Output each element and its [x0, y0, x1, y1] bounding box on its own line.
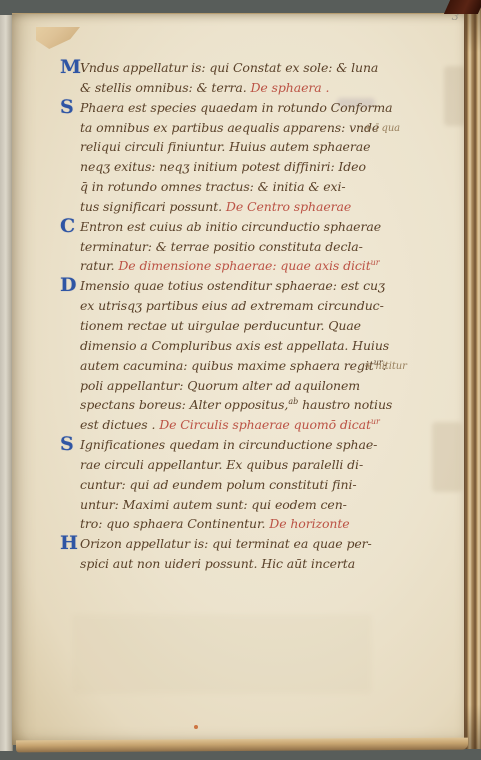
text-line: SIgnificationes quedam in circunductione… — [80, 437, 410, 457]
body-text: poli appellantur: Quorum alter ad aquilo… — [80, 378, 360, 393]
body-text: Ignificationes quedam in circunductione … — [80, 437, 377, 452]
rubric-text: De sphaera . — [250, 80, 329, 95]
rubric-text: De Centro sphaerae — [226, 199, 351, 214]
illuminated-initial: S — [60, 98, 74, 117]
body-text: tionem rectae ut uirgulae perducuntur. Q… — [80, 318, 361, 333]
bottom-page-edges — [16, 738, 468, 753]
text-line: q̄ in rotundo omnes tractus: & initia & … — [80, 179, 410, 199]
page-tear — [36, 27, 80, 49]
illuminated-initial: H — [60, 534, 78, 553]
text-line: dimensio a Compluribus axis est appellat… — [80, 338, 410, 358]
text-line: tus significari possunt. De Centro sphae… — [80, 199, 410, 219]
body-text: dimensio a Compluribus axis est appellat… — [80, 338, 389, 353]
body-text: haustro notius — [298, 398, 392, 413]
stain-dot — [194, 725, 198, 729]
body-text: & stellis omnibus: & terra. — [80, 80, 250, 95]
body-text: spectans boreus: Alter oppositus, — [80, 398, 288, 413]
text-line: autem cacumina: quibus maxime sphaera re… — [80, 358, 410, 378]
text-line: MVndus appellatur is: qui Constat ex sol… — [80, 60, 410, 80]
body-text: Imensio quae totius ostenditur sphaerae:… — [80, 278, 385, 293]
text-line: tro: quo sphaera Continentur. De horizon… — [80, 516, 410, 536]
body-text: ex utrisqʒ partibus eius ad extremam cir… — [80, 298, 384, 313]
text-line: untur: Maximi autem sunt: qui eodem cen- — [80, 497, 410, 517]
body-text: ab — [288, 397, 298, 406]
body-text: untur: Maximi autem sunt: qui eodem cen- — [80, 497, 347, 512]
body-text: est dictues . — [80, 417, 159, 432]
text-line: DImensio quae totius ostenditur sphaerae… — [80, 278, 410, 298]
body-text: tro: quo sphaera Continentur. — [80, 516, 269, 531]
text-line: & stellis omnibus: & terra. De sphaera . — [80, 80, 410, 100]
text-line: poli appellantur: Quorum alter ad aquilo… — [80, 378, 410, 398]
body-text: cuntur: qui ad eundem polum constituti f… — [80, 477, 357, 492]
text-line: CEntron est cuius ab initio circunductio… — [80, 219, 410, 239]
text-line: tionem rectae ut uirgulae perducuntur. Q… — [80, 318, 410, 338]
text-line: ratur. De dimensione sphaerae: quae axis… — [80, 258, 410, 278]
text-line: neqʒ exitus: neqʒ initium potest diffini… — [80, 159, 410, 179]
body-text: rae circuli appellantur. Ex quibus paral… — [80, 457, 363, 472]
illuminated-initial: D — [60, 276, 76, 295]
body-text: terminatur: & terrae positio constituta … — [80, 239, 363, 254]
show-through-smudge — [432, 422, 462, 492]
body-text: Orizon appellatur is: qui terminat ea qu… — [80, 536, 372, 551]
body-text: reliqui circuli finiuntur. Huius autem s… — [80, 139, 370, 154]
text-line: est dictues . De Circulis sphaerae quomō… — [80, 417, 410, 437]
text-line: terminatur: & terrae positio constituta … — [80, 239, 410, 259]
illuminated-initial: M — [60, 58, 81, 77]
text-line: HOrizon appellatur is: qui terminat ea q… — [80, 536, 410, 556]
body-text: ratur. — [80, 259, 118, 274]
body-text: tus significari possunt. — [80, 199, 226, 214]
book-fore-edge — [464, 8, 481, 749]
body-text: Vndus appellatur is: qui Constat ex sole… — [80, 60, 378, 75]
illuminated-initial: C — [60, 217, 75, 236]
text-line: spectans boreus: Alter oppositus,ab haus… — [80, 397, 410, 417]
rubric-text: De Circulis sphaerae quomō dicat — [159, 417, 371, 432]
text-line: rae circuli appellantur. Ex quibus paral… — [80, 457, 410, 477]
text-line: ex utrisqʒ partibus eius ad extremam cir… — [80, 298, 410, 318]
body-text: q̄ in rotundo omnes tractus: & initia & … — [80, 179, 346, 194]
text-block: MVndus appellatur is: qui Constat ex sol… — [80, 60, 410, 576]
rubric-text: ur — [371, 417, 380, 426]
rubric-text: De horizonte — [269, 516, 349, 531]
show-through-smudge — [72, 614, 372, 694]
spine-fragment — [444, 0, 481, 14]
body-text: autem cacumina: quibus maxime sphaera re… — [80, 358, 374, 373]
text-line: cuntur: qui ad eundem polum constituti f… — [80, 477, 410, 497]
text-line: ta omnibus ex partibus aequalis apparens… — [80, 120, 410, 140]
rubric-text: De dimensione sphaerae: quae axis dicit — [118, 259, 370, 274]
body-text: ta omnibus ex partibus aequalis apparens… — [80, 120, 379, 135]
show-through-smudge — [444, 66, 466, 126]
body-text: spici aut non uideri possunt. Hic aūt in… — [80, 556, 355, 571]
margin-note: + nititur — [364, 361, 407, 372]
text-line: spici aut non uideri possunt. Hic aūt in… — [80, 556, 410, 576]
rubric-text: ur — [371, 258, 380, 267]
body-text: neqʒ exitus: neqʒ initium potest diffini… — [80, 159, 366, 174]
body-text: Phaera est species quaedam in rotundo Co… — [80, 100, 392, 115]
text-line: SPhaera est species quaedam in rotundo C… — [80, 100, 410, 120]
margin-note: + ī qua — [364, 123, 400, 134]
illuminated-initial: S — [60, 435, 74, 454]
body-text: Entron est cuius ab initio circunductio … — [80, 219, 381, 234]
text-line: reliqui circuli finiuntur. Huius autem s… — [80, 139, 410, 159]
